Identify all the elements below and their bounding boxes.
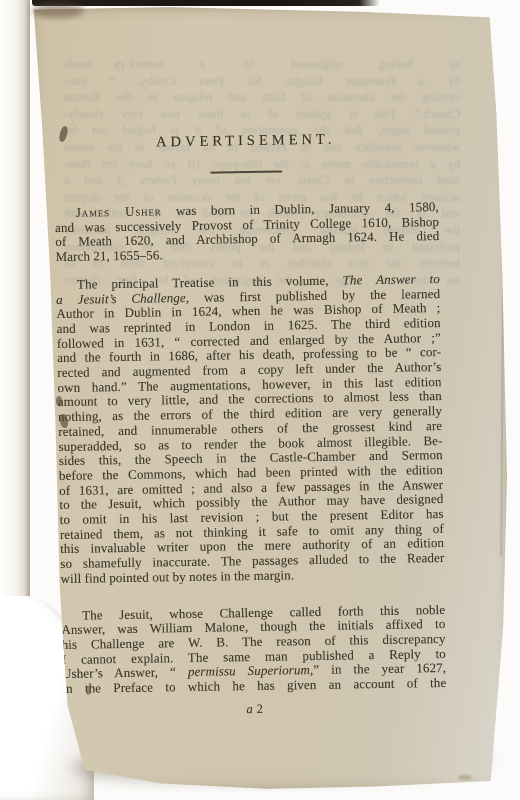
book-page: as having originated by a remark madeby …: [26, 4, 508, 792]
paragraph: James Usher was born in Dublin, January …: [55, 200, 440, 265]
text-run: March 21, 1655–56.: [55, 247, 162, 264]
edge-speck: [56, 396, 62, 406]
signature-numeral: 2: [257, 702, 263, 716]
page-content: ADVERTISEMENT. James Usher was born in D…: [52, 1, 447, 720]
paragraph: The Jesuit, whose Challenge called forth…: [61, 603, 446, 697]
paragraphs: James Usher was born in Dublin, January …: [55, 200, 447, 697]
text-run: James Usher: [76, 203, 162, 219]
cover-edge: [32, 0, 380, 6]
edge-speck: [86, 686, 91, 695]
book-photograph: as having originated by a remark madeby …: [0, 0, 520, 800]
signature-letter: a: [246, 702, 252, 716]
text-run: will find pointed out by notes in the ma…: [60, 567, 294, 586]
signature-mark: a2: [63, 699, 447, 720]
page-title: ADVERTISEMENT.: [54, 130, 438, 153]
title-rule: [210, 170, 282, 173]
page-stain: [458, 775, 472, 780]
paragraph: The principal Treatise in this volume, T…: [56, 272, 445, 587]
page-gap-shadow: [32, 4, 84, 18]
